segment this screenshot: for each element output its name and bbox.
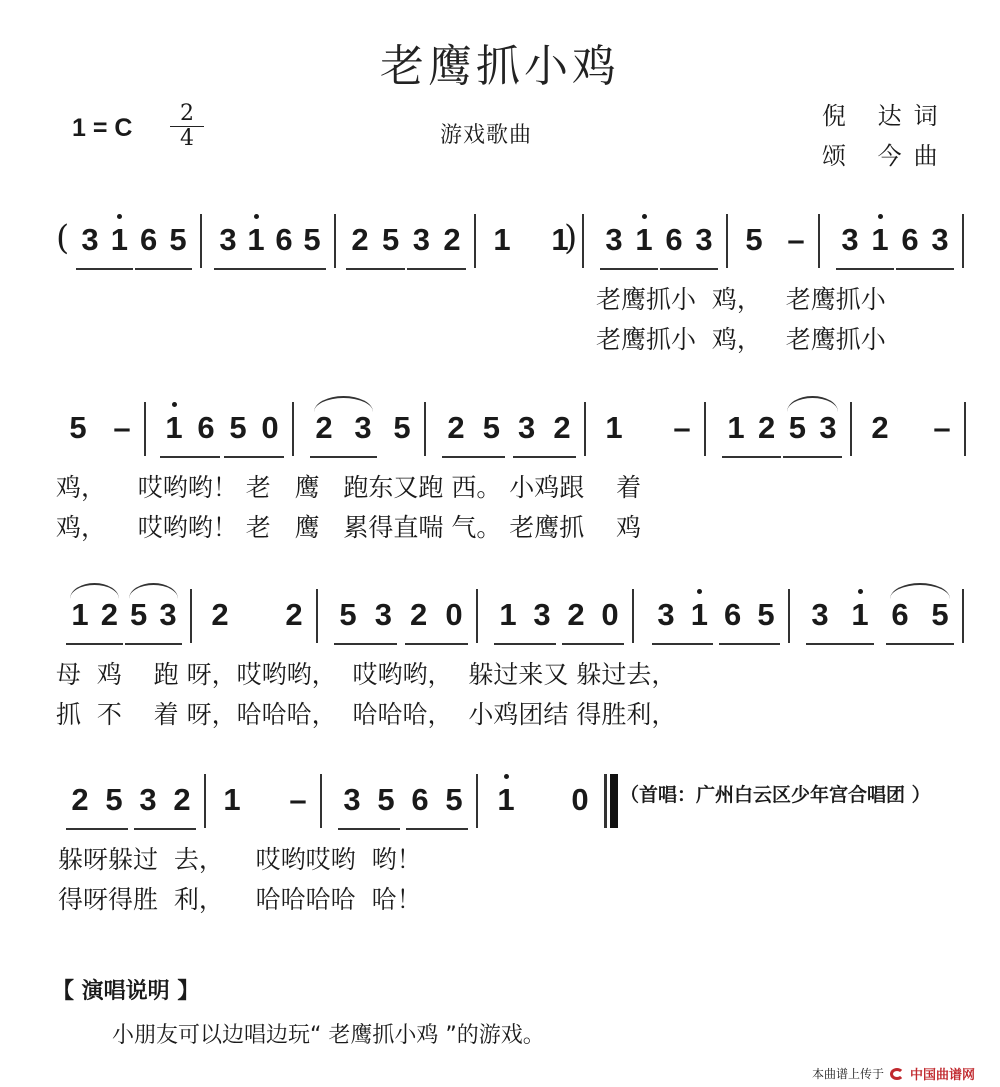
eighth-underline: [160, 456, 220, 458]
note: 2: [312, 408, 336, 448]
note: 5: [166, 220, 190, 260]
note: 2: [550, 408, 574, 448]
eighth-underline: [405, 643, 468, 645]
final-barline-thick: [610, 774, 618, 828]
note: 6: [888, 595, 912, 635]
note: 2: [170, 780, 194, 820]
barline: [582, 214, 584, 268]
eighth-underline: [406, 828, 468, 830]
performance-notes-heading: 【 演唱说明 】: [52, 974, 199, 1005]
note: 6: [272, 220, 296, 260]
note: 3: [340, 780, 364, 820]
eighth-underline: [783, 456, 842, 458]
note: 3: [602, 220, 626, 260]
eighth-underline: [214, 268, 270, 270]
eighth-underline: [125, 643, 182, 645]
slur-arc: [314, 396, 373, 412]
note: 5: [102, 780, 126, 820]
eighth-underline: [407, 268, 466, 270]
note: 2: [68, 780, 92, 820]
note: 2: [868, 408, 892, 448]
note: 3: [816, 408, 840, 448]
dash-sustain: –: [930, 408, 954, 448]
barline: [632, 589, 634, 643]
note: 1: [868, 220, 892, 260]
eighth-underline: [135, 268, 192, 270]
barline: [292, 402, 294, 456]
eighth-underline: [134, 828, 196, 830]
eighth-underline: [660, 268, 718, 270]
note: 2: [440, 220, 464, 260]
barline: [204, 774, 206, 828]
note: 2: [348, 220, 372, 260]
note: 1: [162, 408, 186, 448]
dash-sustain: –: [670, 408, 694, 448]
barline: [818, 214, 820, 268]
eighth-underline: [346, 268, 405, 270]
note: 2: [444, 408, 468, 448]
eighth-underline: [513, 456, 576, 458]
eighth-underline: [442, 456, 505, 458]
final-barline-thin: [604, 774, 607, 828]
note: 1: [724, 408, 748, 448]
eighth-underline: [722, 456, 781, 458]
slur-arc: [70, 583, 119, 599]
note: 5: [442, 780, 466, 820]
key-signature: 1 = C: [72, 114, 132, 143]
note: 3: [808, 595, 832, 635]
rest-note: 0: [442, 595, 466, 635]
upload-text: 本曲谱上传于: [812, 1065, 884, 1082]
note: 3: [530, 595, 554, 635]
note: 2: [282, 595, 306, 635]
note: 1: [490, 220, 514, 260]
performance-notes-body: 小朋友可以边唱边玩“ 老鹰抓小鸡 ”的游戏。: [112, 1018, 545, 1049]
note: 3: [351, 408, 375, 448]
composer-credit: 颂 今曲: [822, 136, 950, 171]
staff-system: 1253225320132031653165: [0, 595, 1000, 655]
barline: [704, 402, 706, 456]
site-name-link[interactable]: 中国曲谱网: [910, 1064, 975, 1083]
note: 5: [336, 595, 360, 635]
song-title: 老鹰抓小鸡: [0, 30, 1000, 94]
note: 5: [742, 220, 766, 260]
time-signature-numerator: 2: [170, 102, 204, 127]
note: 1: [687, 595, 711, 635]
barline: [726, 214, 728, 268]
note: 2: [564, 595, 588, 635]
lyric-verse-1: 鸡， 哎哟哟！ 老 鹰 跑东又跑 西。 小鸡跟 着: [56, 473, 641, 503]
close-parenthesis: ): [564, 218, 577, 258]
barline: [200, 214, 202, 268]
rest-note: 0: [568, 780, 592, 820]
note: 6: [408, 780, 432, 820]
slur-arc: [129, 583, 178, 599]
barline: [190, 589, 192, 643]
barline: [476, 774, 478, 828]
note: 5: [379, 220, 403, 260]
barline: [584, 402, 586, 456]
dash-sustain: –: [110, 408, 134, 448]
eighth-underline: [338, 828, 400, 830]
barline: [320, 774, 322, 828]
staff-system: 5–165023525321–12532–: [0, 408, 1000, 468]
eighth-underline: [562, 643, 624, 645]
eighth-underline: [270, 268, 326, 270]
eighth-underline: [886, 643, 954, 645]
lyric-verse-1: 老鹰抓小 鸡， 老鹰抓小: [596, 285, 886, 315]
note: 1: [602, 408, 626, 448]
note: 1: [494, 780, 518, 820]
note: 3: [78, 220, 102, 260]
note: 5: [390, 408, 414, 448]
note: 3: [409, 220, 433, 260]
note: 1: [632, 220, 656, 260]
note: 3: [371, 595, 395, 635]
note: 1: [107, 220, 131, 260]
barline: [850, 402, 852, 456]
lyric-verse-2: 抓 不 着 呀，哈哈哈， 哈哈哈， 小鸡团结 得胜利，: [56, 700, 676, 730]
lyric-verse-1: 躲呀躲过 去， 哎哟哎哟 哟！: [58, 845, 422, 875]
eighth-underline: [334, 643, 397, 645]
rest-note: 0: [598, 595, 622, 635]
note: 3: [692, 220, 716, 260]
barline: [962, 589, 964, 643]
note: 6: [194, 408, 218, 448]
note: 1: [220, 780, 244, 820]
lyric-verse-2: 得呀得胜 利， 哈哈哈哈 哈！: [58, 885, 422, 915]
note: 1: [848, 595, 872, 635]
note: 6: [898, 220, 922, 260]
note: 3: [515, 408, 539, 448]
slur-arc: [787, 396, 838, 412]
note: 5: [300, 220, 324, 260]
note: 3: [928, 220, 952, 260]
note: 5: [785, 408, 809, 448]
barline: [144, 402, 146, 456]
eighth-underline: [600, 268, 658, 270]
eighth-underline: [896, 268, 954, 270]
note: 5: [928, 595, 952, 635]
eighth-underline: [806, 643, 874, 645]
barline: [316, 589, 318, 643]
barline: [788, 589, 790, 643]
dash-sustain: –: [784, 220, 808, 260]
note: 1: [244, 220, 268, 260]
note: 3: [838, 220, 862, 260]
note: 2: [97, 595, 121, 635]
slur-arc: [890, 583, 950, 599]
eighth-underline: [310, 456, 377, 458]
note: 2: [407, 595, 431, 635]
note: 3: [216, 220, 240, 260]
lyricist-credit: 倪 达词: [822, 96, 950, 131]
note: 3: [136, 780, 160, 820]
note: 1: [68, 595, 92, 635]
performer-note: （首唱：广州白云区少年宫合唱团 ）: [620, 780, 931, 807]
staff-system: (31653165253211)31635–3163: [0, 220, 1000, 280]
barline: [424, 402, 426, 456]
barline: [476, 589, 478, 643]
note: 3: [654, 595, 678, 635]
note: 6: [137, 220, 161, 260]
site-logo-icon: [890, 1068, 904, 1080]
note: 1: [496, 595, 520, 635]
lyric-verse-2: 鸡， 哎哟哟！ 老 鹰 累得直喘 气。 老鹰抓 鸡: [56, 513, 641, 543]
eighth-underline: [66, 643, 123, 645]
eighth-underline: [494, 643, 556, 645]
rest-note: 0: [258, 408, 282, 448]
barline: [474, 214, 476, 268]
note: 5: [66, 408, 90, 448]
barline: [964, 402, 966, 456]
note: 3: [156, 595, 180, 635]
lyric-verse-1: 母 鸡 跑 呀，哎哟哟， 哎哟哟， 躲过来又 躲过去，: [56, 660, 676, 690]
note: 6: [721, 595, 745, 635]
note: 5: [226, 408, 250, 448]
dash-sustain: –: [286, 780, 310, 820]
note: 5: [754, 595, 778, 635]
note: 2: [755, 408, 779, 448]
note: 6: [662, 220, 686, 260]
footer-credit: 本曲谱上传于 中国曲谱网: [812, 1064, 975, 1083]
note: 5: [127, 595, 151, 635]
eighth-underline: [66, 828, 128, 830]
lyric-verse-2: 老鹰抓小 鸡， 老鹰抓小: [596, 325, 886, 355]
open-parenthesis: (: [56, 218, 69, 258]
time-signature-denominator: 4: [180, 126, 194, 151]
note: 2: [208, 595, 232, 635]
eighth-underline: [652, 643, 713, 645]
eighth-underline: [836, 268, 894, 270]
eighth-underline: [224, 456, 284, 458]
genre-label: 游戏歌曲: [440, 118, 532, 149]
eighth-underline: [719, 643, 780, 645]
barline: [334, 214, 336, 268]
time-signature: 2 4: [170, 102, 204, 151]
barline: [962, 214, 964, 268]
note: 5: [479, 408, 503, 448]
eighth-underline: [76, 268, 133, 270]
note: 5: [374, 780, 398, 820]
